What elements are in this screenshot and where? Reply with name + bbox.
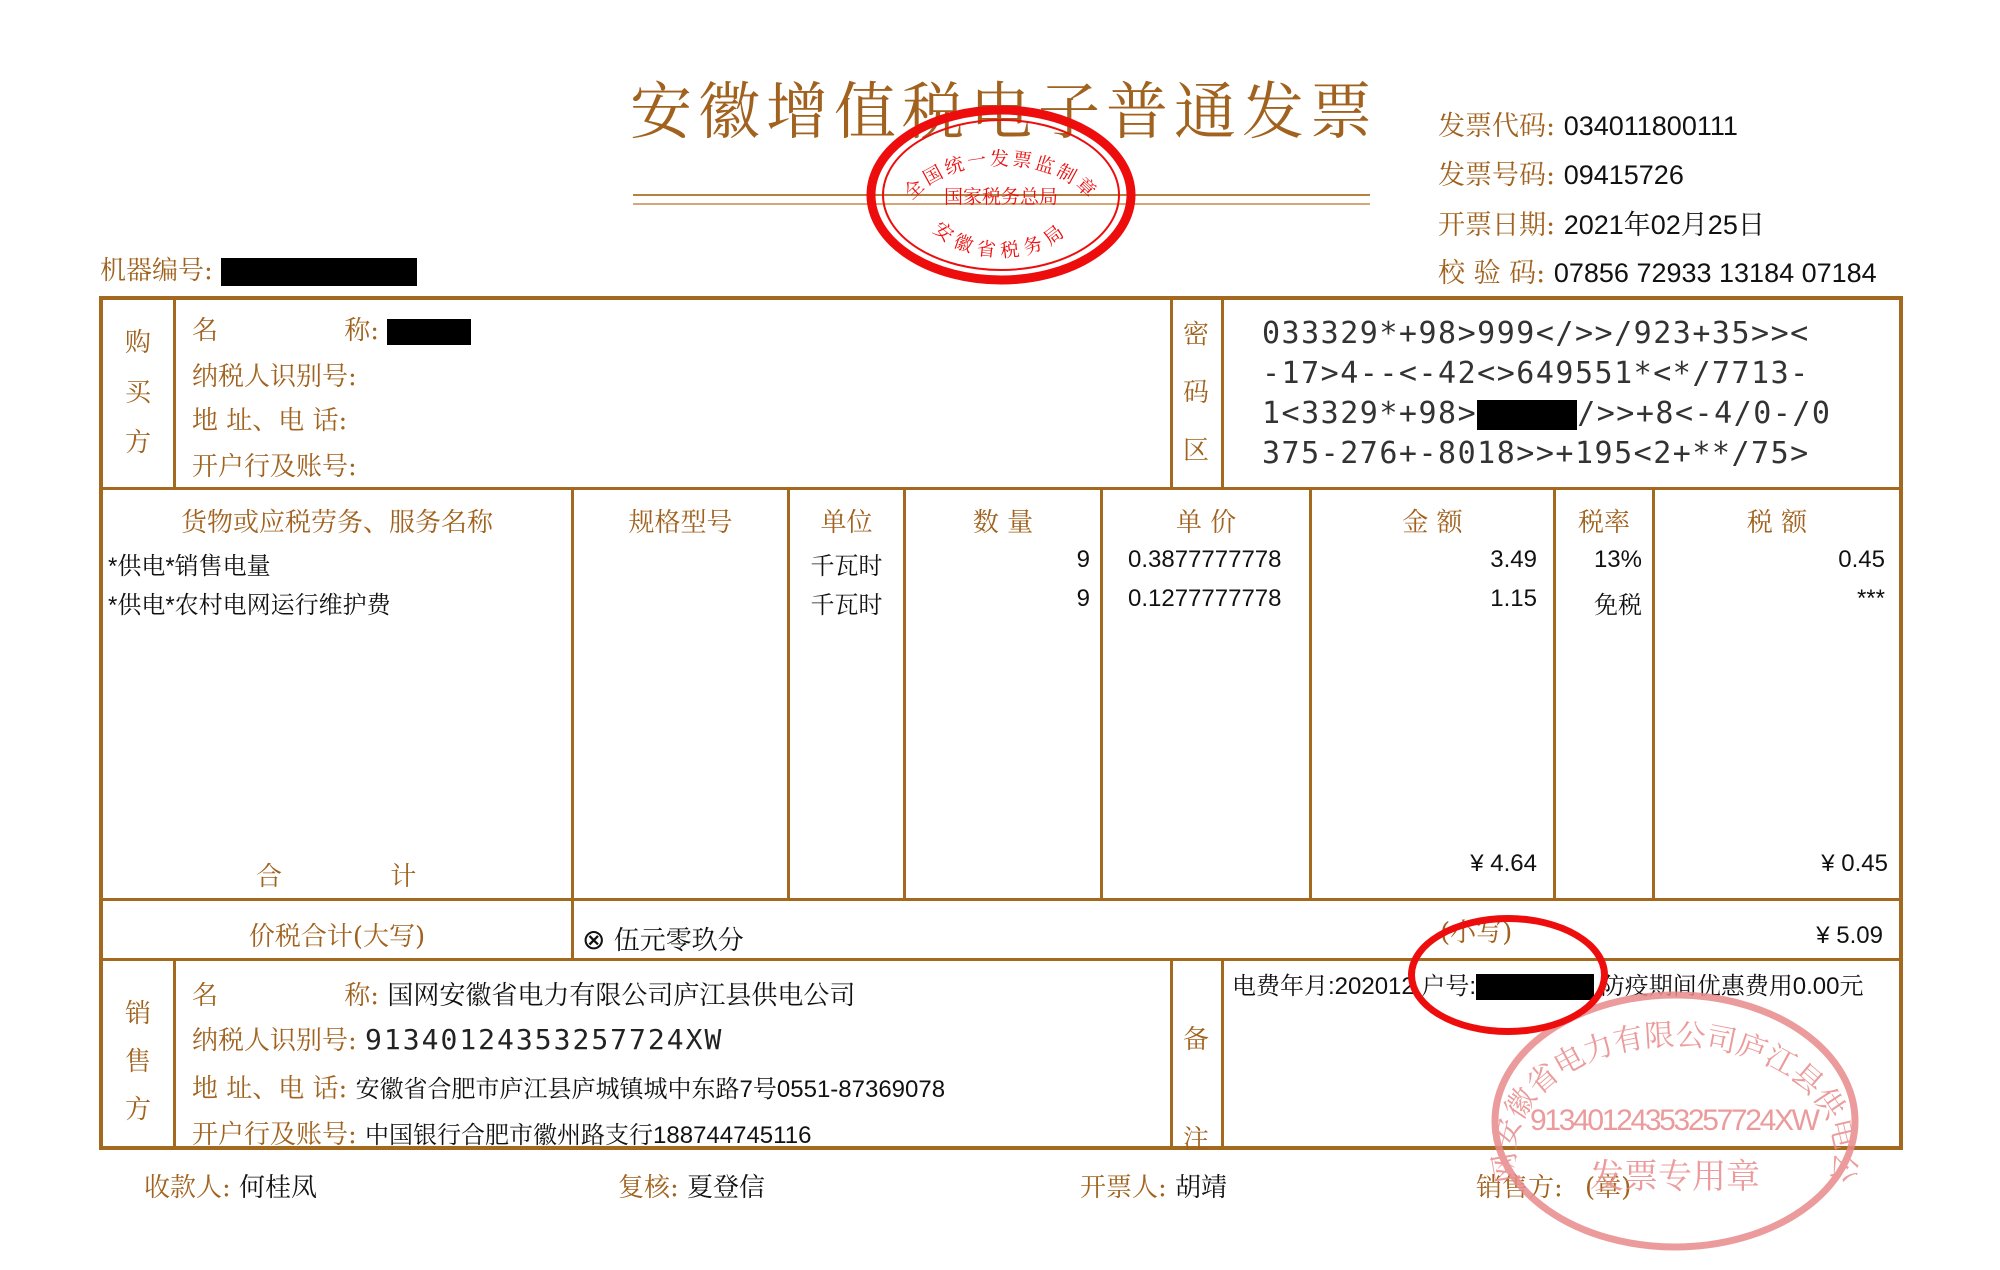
- col-divider-price: [1100, 487, 1103, 899]
- seller-bank: 开户行及账号: 中国银行合肥市徽州路支行188744745116: [192, 1114, 811, 1151]
- row-1-rate: 13%: [1556, 546, 1642, 574]
- subtotal-label-a: 合: [256, 862, 282, 892]
- reviewer-label: 复核:: [618, 1173, 679, 1203]
- buyer-name-redacted: [387, 319, 471, 345]
- check-code-value: 07856 72933 13184 07184: [1554, 258, 1877, 288]
- buyer-name: 名 称:: [192, 310, 471, 347]
- payee: 收款人: 何桂凤: [144, 1167, 317, 1204]
- buyer-tax-id: 纳税人识别号:: [192, 356, 357, 393]
- svg-text:安徽省税务局: 安徽省税务局: [929, 218, 1073, 263]
- col-header-unit: 单位: [790, 502, 903, 539]
- col-header-qty: 数 量: [906, 502, 1100, 539]
- remarks-label-char: 备: [1166, 990, 1226, 1090]
- cipher-redacted: [1477, 400, 1577, 430]
- invoice-code-label: 发票代码:: [1438, 111, 1555, 142]
- subtotal-amount: ¥ 4.64: [1312, 850, 1537, 878]
- seller-name-label-a: 名: [192, 981, 218, 1011]
- goods-bottom-line: [99, 898, 1903, 901]
- buyer-label-char: 买: [108, 368, 168, 418]
- buyer-name-label-a: 名: [192, 316, 218, 346]
- machine-number: 机器编号:: [100, 250, 417, 287]
- col-divider-spec: [571, 487, 574, 959]
- frame-top: [99, 296, 1903, 300]
- row-2-amount: 1.15: [1312, 585, 1537, 613]
- col-header-rate: 税率: [1556, 502, 1652, 539]
- seller-name-label-b: 称:: [344, 981, 379, 1011]
- row-1-price: 0.3877777778: [1128, 546, 1282, 574]
- frame-left: [99, 296, 103, 1150]
- issuer-value: 胡靖: [1175, 1172, 1227, 1202]
- seller-address-value: 安徽省合肥市庐江县庐城镇城中东路7号0551-87369078: [356, 1076, 946, 1103]
- circled-x-icon: ⊗: [582, 924, 605, 955]
- cipher-label-char: 密: [1166, 306, 1226, 364]
- seller-address: 地 址、电 话: 安徽省合肥市庐江县庐城镇城中东路7号0551-87369078: [192, 1068, 945, 1105]
- col-header-amount: 金 额: [1312, 502, 1553, 539]
- buyer-section-label: 购 买 方: [108, 318, 168, 468]
- row-2-rate: 免税: [1556, 585, 1642, 620]
- col-header-spec: 规格型号: [574, 502, 787, 539]
- machine-number-label: 机器编号:: [100, 256, 213, 286]
- total-label: 价税合计(大写): [249, 922, 425, 952]
- col-header-tax: 税 额: [1655, 502, 1899, 539]
- total-capital-label: 价税合计(大写): [103, 916, 571, 953]
- seller-label-char: 销: [108, 990, 168, 1038]
- tax-bureau-stamp: 全国统一发票监制章 国家税务总局 安徽省税务局: [866, 105, 1136, 285]
- seller-label-divider: [173, 958, 176, 1148]
- reviewer-value: 夏登信: [687, 1172, 765, 1202]
- buyer-bank: 开户行及账号:: [192, 446, 357, 483]
- seller-label-char: 售: [108, 1038, 168, 1086]
- seller-tax-id: 纳税人识别号: 91340124353257724XW: [192, 1020, 723, 1057]
- seller-stamp-bottom: 发票专用章: [1590, 1157, 1760, 1197]
- seller-name: 名 称: 国网安徽省电力有限公司庐江县供电公司: [192, 975, 855, 1012]
- cipher-line-3-tail: />>+8<-4/0-/0: [1577, 396, 1831, 431]
- subtotal-label-b: 计: [390, 862, 416, 892]
- payee-value: 何桂凤: [239, 1172, 317, 1202]
- col-header-name: 货物或应税劳务、服务名称: [103, 502, 571, 539]
- seller-tax-id-label: 纳税人识别号:: [192, 1026, 357, 1056]
- total-bottom-line: [99, 958, 1903, 961]
- issue-date: 开票日期: 2021年02月25日: [1438, 203, 1765, 242]
- buyer-label-char: 购: [108, 318, 168, 368]
- payee-label: 收款人:: [144, 1173, 231, 1203]
- buyer-bank-label: 开户行及账号:: [192, 452, 357, 482]
- row-2-price: 0.1277777778: [1128, 585, 1282, 613]
- invoice-code-value: 034011800111: [1564, 111, 1738, 141]
- col-header-price: 单 价: [1103, 502, 1309, 539]
- seller-tax-id-value: 91340124353257724XW: [365, 1023, 723, 1056]
- row-1-tax: 0.45: [1655, 546, 1885, 574]
- row-2-name: *供电*农村电网运行维护费: [108, 585, 391, 620]
- row-1-name: *供电*销售电量: [108, 546, 271, 581]
- issuer-label: 开票人:: [1080, 1173, 1167, 1203]
- issuer: 开票人: 胡靖: [1080, 1167, 1227, 1204]
- seller-label-char: 方: [108, 1086, 168, 1134]
- row-1-amount: 3.49: [1312, 546, 1537, 574]
- total-capital: ⊗ 伍元零玖分: [582, 920, 744, 957]
- cipher-line-3: 1<3329*+98>/>>+8<-4/0-/0: [1262, 396, 1832, 431]
- cipher-label-char: 码: [1166, 364, 1226, 422]
- subtotal-label: 合 计: [256, 856, 416, 893]
- check-code-label: 校 验 码:: [1438, 258, 1545, 289]
- row-1-qty: 9: [906, 546, 1090, 574]
- cipher-section-label: 密 码 区: [1166, 306, 1226, 480]
- cipher-line-1: 033329*+98>999</>>/923+35>><: [1262, 316, 1810, 351]
- stamp-center: 国家税务总局: [944, 186, 1058, 208]
- buyer-name-label-b: 称:: [344, 316, 379, 346]
- subtotal-tax: ¥ 0.45: [1655, 850, 1888, 878]
- buyer-address-label: 地 址、电 话:: [192, 406, 347, 436]
- invoice-code: 发票代码: 034011800111: [1438, 104, 1738, 143]
- invoice-number: 发票号码: 09415726: [1438, 153, 1684, 192]
- cipher-label-char: 区: [1166, 422, 1226, 480]
- reviewer: 复核: 夏登信: [618, 1167, 765, 1204]
- buyer-label-divider: [173, 296, 176, 488]
- row-2-qty: 9: [906, 585, 1090, 613]
- seller-address-label: 地 址、电 话:: [192, 1074, 347, 1104]
- row-2-unit: 千瓦时: [790, 585, 903, 620]
- remarks-section-label: 备 注: [1166, 990, 1226, 1190]
- stamp-arc-bottom: 安徽省税务局: [929, 218, 1073, 263]
- machine-number-redacted: [221, 258, 417, 286]
- row-1-unit: 千瓦时: [790, 546, 903, 581]
- buyer-bottom-line: [99, 487, 1903, 490]
- issue-date-value: 2021年02月25日: [1564, 210, 1765, 240]
- annotation-circle: [1408, 915, 1608, 1035]
- cipher-line-4: 375-276+-8018>>+195<2+**/75>: [1262, 436, 1810, 471]
- total-capital-value: 伍元零玖分: [614, 925, 744, 955]
- seller-name-value: 国网安徽省电力有限公司庐江县供电公司: [387, 980, 855, 1010]
- invoice-number-label: 发票号码:: [1438, 160, 1555, 191]
- cipher-line-2: -17>4--<-42<>649551*<*/7713-: [1262, 356, 1810, 391]
- seller-stamp-tax-id: 91340124353257724XW: [1530, 1104, 1821, 1137]
- frame-right: [1899, 296, 1903, 1150]
- invoice-number-value: 09415726: [1564, 160, 1684, 190]
- buyer-label-char: 方: [108, 418, 168, 468]
- buyer-tax-id-label: 纳税人识别号:: [192, 362, 357, 392]
- buyer-address: 地 址、电 话:: [192, 400, 347, 437]
- check-code: 校 验 码: 07856 72933 13184 07184: [1438, 251, 1877, 290]
- issue-date-label: 开票日期:: [1438, 210, 1555, 241]
- seller-bank-value: 中国银行合肥市徽州路支行188744745116: [365, 1122, 811, 1149]
- seller-section-label: 销 售 方: [108, 990, 168, 1134]
- row-2-tax: ***: [1655, 585, 1885, 613]
- seller-bank-label: 开户行及账号:: [192, 1120, 357, 1150]
- total-small: ¥ 5.09: [1655, 922, 1883, 950]
- cipher-line-3-head: 1<3329*+98>: [1262, 396, 1477, 431]
